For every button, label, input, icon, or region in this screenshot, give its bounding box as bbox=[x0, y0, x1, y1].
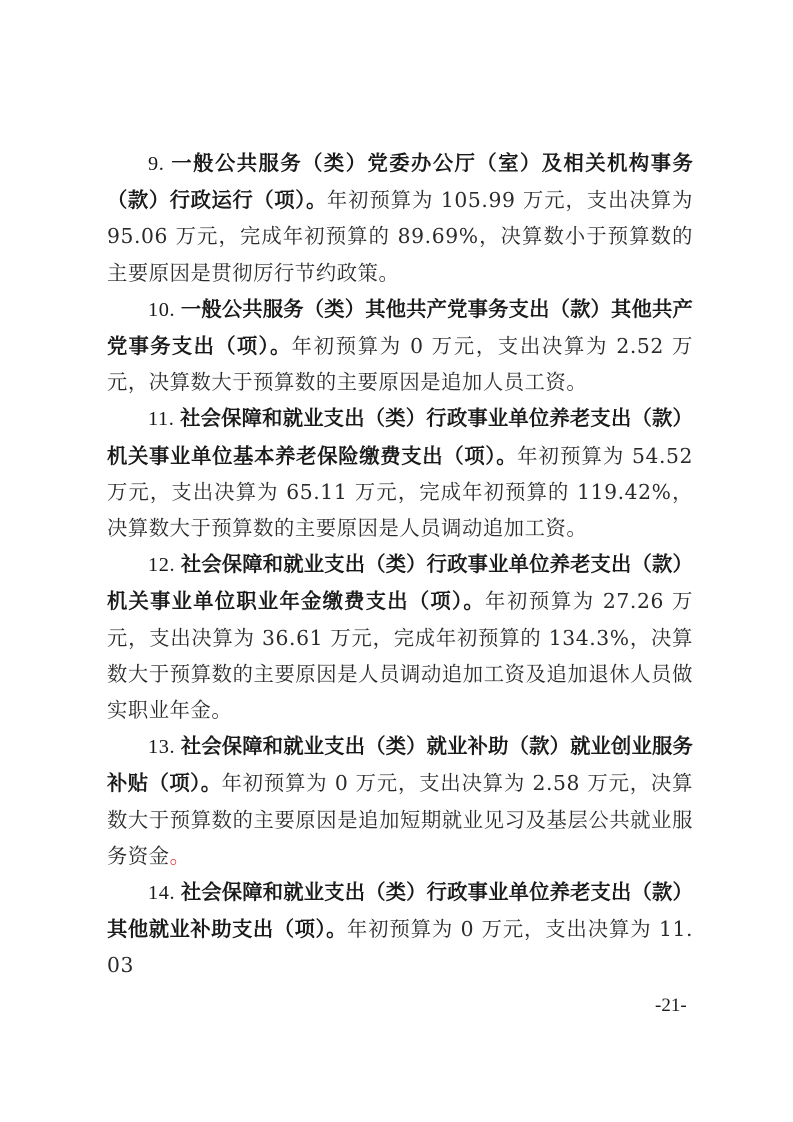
item-number: 11. bbox=[148, 408, 180, 430]
red-period-mark: 。 bbox=[170, 844, 191, 868]
paragraph-9: 9. 一般公共服务（类）党委办公厅（室）及相关机构事务（款）行政运行（项）。年初… bbox=[107, 145, 693, 291]
page-number: -21- bbox=[655, 995, 687, 1017]
paragraph-11: 11. 社会保障和就业支出（类）行政事业单位养老支出（款）机关事业单位基本养老保… bbox=[107, 400, 693, 546]
paragraph-14: 14. 社会保障和就业支出（类）行政事业单位养老支出（款）其他就业补助支出（项）… bbox=[107, 874, 693, 984]
paragraph-10: 10. 一般公共服务（类）其他共产党事务支出（款）其他共产党事务支出（项）。年初… bbox=[107, 291, 693, 401]
paragraph-13: 13. 社会保障和就业支出（类）就业补助（款）就业创业服务补贴（项）。年初预算为… bbox=[107, 728, 693, 874]
item-number: 13. bbox=[148, 736, 181, 758]
document-page: 9. 一般公共服务（类）党委办公厅（室）及相关机构事务（款）行政运行（项）。年初… bbox=[107, 145, 693, 984]
paragraph-12: 12. 社会保障和就业支出（类）行政事业单位养老支出（款）机关事业单位职业年金缴… bbox=[107, 546, 693, 728]
item-number: 14. bbox=[148, 882, 181, 904]
item-number: 10. bbox=[148, 299, 181, 321]
item-number: 9. bbox=[148, 153, 171, 175]
item-number: 12. bbox=[148, 554, 181, 576]
